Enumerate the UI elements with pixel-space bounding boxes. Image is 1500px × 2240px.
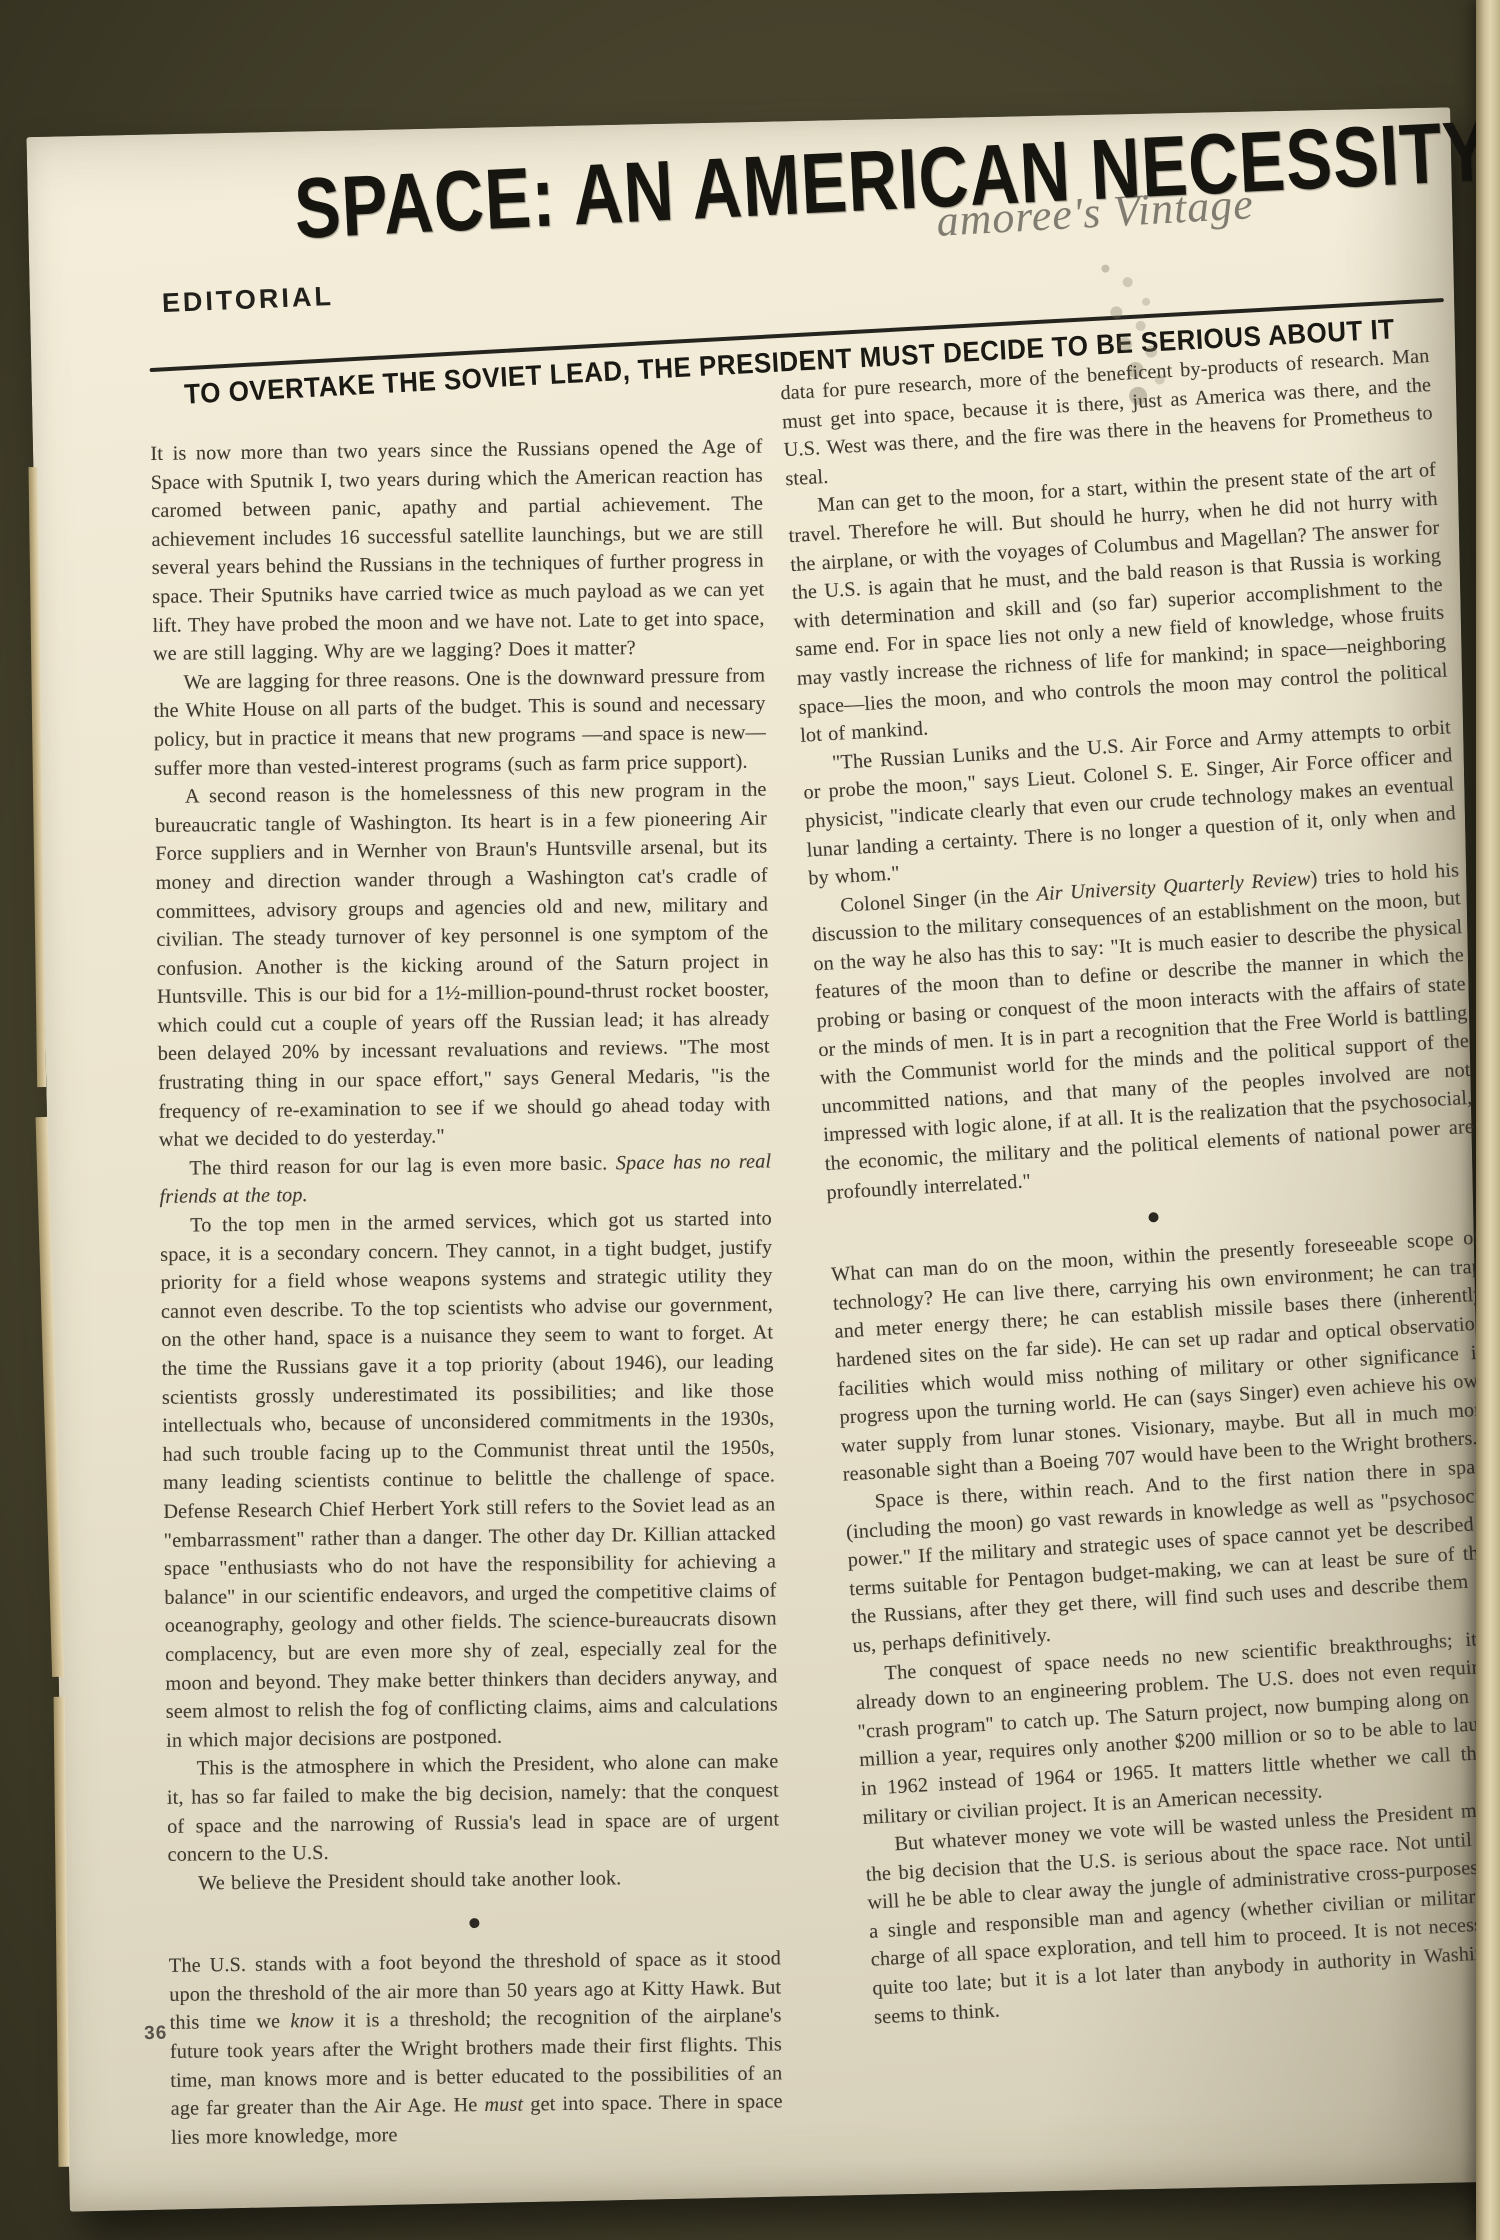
body-text: We are lagging for three reasons. One is…	[153, 664, 766, 779]
editorial-kicker: EDITORIAL	[161, 281, 334, 319]
section-separator-dot	[469, 1918, 479, 1928]
body-text: The conquest of space needs no new scien…	[855, 1626, 1500, 1828]
paragraph: This is the atmosphere in which the Pres…	[166, 1748, 779, 1870]
body-text: What can man do on the moon, within the …	[831, 1227, 1491, 1486]
paragraph: We are lagging for three reasons. One is…	[153, 661, 766, 783]
page-number: 36	[144, 2023, 168, 2045]
paragraph: The third reason for our lag is even mor…	[159, 1147, 772, 1212]
body-text: This is the atmosphere in which the Pres…	[167, 1751, 780, 1866]
italic-text: must	[484, 2094, 523, 2116]
body-text: We believe the President should take ano…	[198, 1867, 621, 1894]
paragraph: But whatever money we vote will be waste…	[863, 1795, 1500, 2032]
magazine-page: EDITORIAL SPACE: AN AMERICAN NECESSITY T…	[26, 107, 1493, 2211]
column-left: It is now more than two years since the …	[150, 432, 783, 2152]
watermark-dots-graphic	[1101, 264, 1109, 272]
deckle-edge	[29, 467, 47, 1087]
body-text: To the top men in the armed services, wh…	[160, 1207, 778, 1751]
body-text: Man can get to the moon, for a start, wi…	[788, 459, 1448, 747]
paragraph: To the top men in the armed services, wh…	[160, 1204, 779, 1755]
paragraph: What can man do on the moon, within the …	[831, 1224, 1493, 1490]
column-right: data for pure research, more of the bene…	[780, 342, 1500, 2032]
magazine-page-edge-right	[1476, 0, 1500, 2240]
paragraph: A second reason is the homelessness of t…	[154, 776, 770, 1155]
deckle-edge	[36, 1117, 65, 1677]
body-text: It is now more than two years since the …	[150, 435, 764, 665]
body-text: But whatever money we vote will be waste…	[865, 1798, 1500, 2029]
body-text: Space is there, within reach. And to the…	[845, 1455, 1500, 1657]
section-separator-dot	[1148, 1212, 1159, 1223]
deckle-edge	[54, 1697, 70, 2167]
paragraph: It is now more than two years since the …	[150, 432, 765, 668]
paragraph: The U.S. stands with a foot beyond the t…	[169, 1945, 783, 2153]
body-text: The third reason for our lag is even mor…	[189, 1152, 616, 1179]
paragraph: Colonel Singer (in the Air University Qu…	[809, 856, 1476, 1207]
photo-background: { "page": { "kicker": "EDITORIAL", "titl…	[0, 0, 1500, 2240]
italic-text: know	[290, 2010, 333, 2033]
body-text: A second reason is the homelessness of t…	[155, 779, 771, 1152]
paragraph: Man can get to the moon, for a start, wi…	[786, 456, 1450, 750]
